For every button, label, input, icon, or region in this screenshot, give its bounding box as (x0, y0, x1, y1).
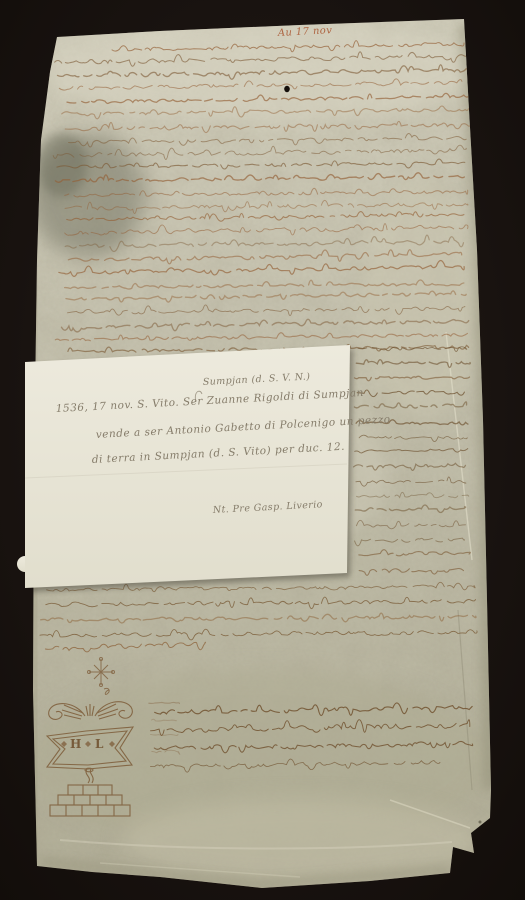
scan-stage: Au 17 nov H L (0, 0, 525, 900)
speck (479, 821, 482, 824)
parchment-hole (284, 86, 290, 92)
notary-initial-right: L (95, 737, 104, 751)
archive-note-slip: Sumpjan (d. S. V. N.) 1536, 17 nov. S. V… (17, 345, 391, 588)
notary-initial-left: H (70, 737, 81, 751)
parchment-scan: Au 17 nov H L (0, 0, 525, 900)
